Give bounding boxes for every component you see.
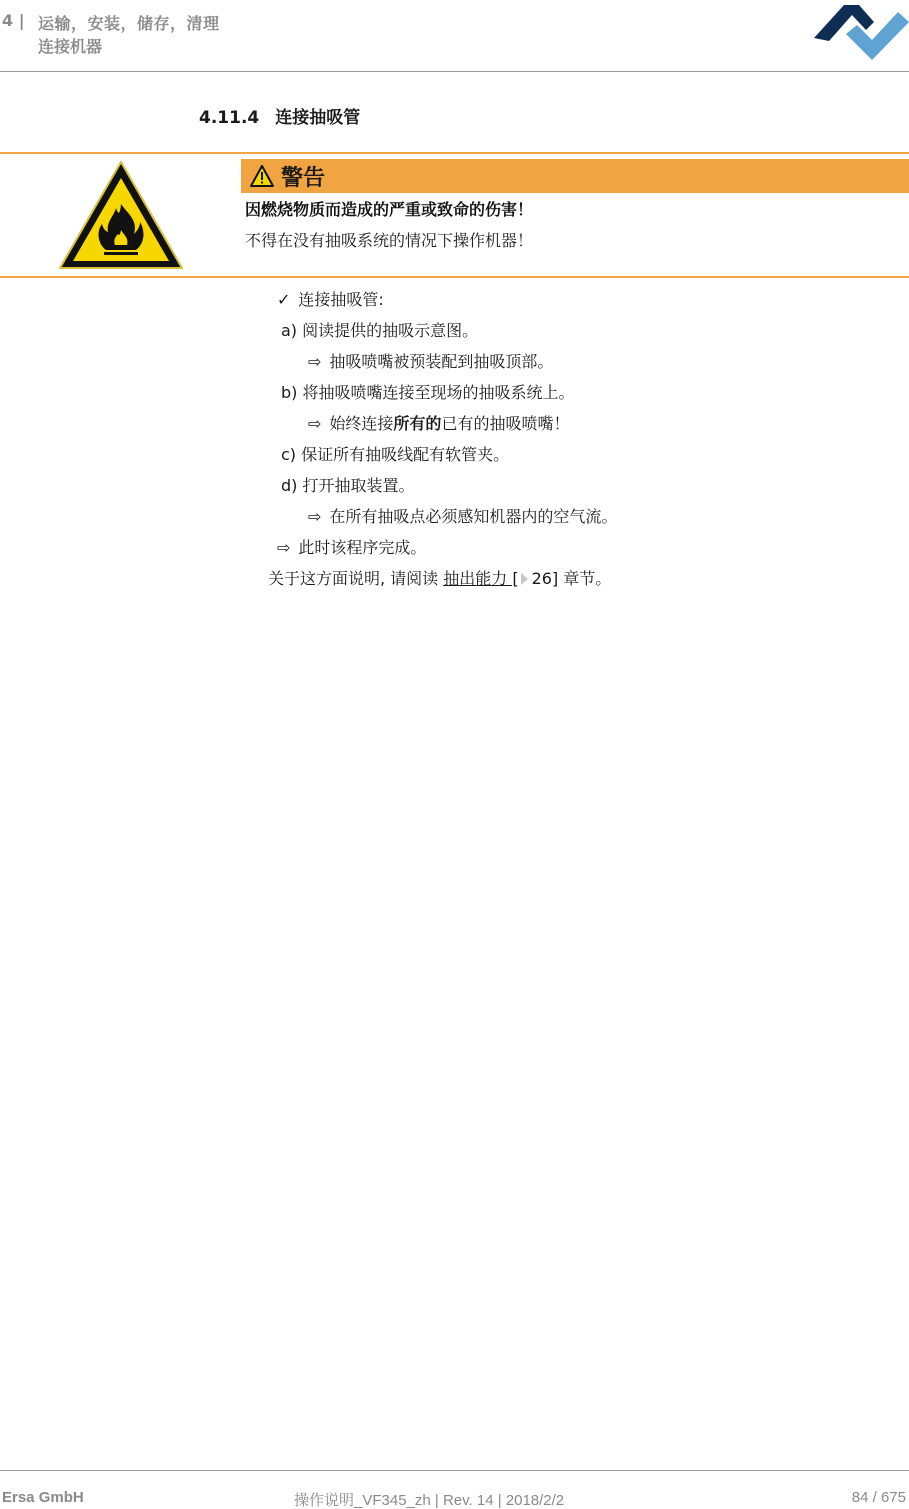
chapter-title: 运输，安装，储存，清理 [38, 11, 220, 34]
footer-company: Ersa GmbH [2, 1489, 84, 1506]
page-reference: 26] [532, 569, 559, 588]
result-arrow-icon: ⇨ [277, 538, 290, 557]
warning-banner: 警告 [241, 159, 909, 193]
chapter-link[interactable]: 抽出能力 [ [443, 569, 518, 588]
section-title: 连接抽吸管 [275, 108, 360, 128]
step-d: d) 打开抽取装置。 [281, 473, 415, 496]
header-divider [0, 71, 909, 72]
chapter-number: 4 | [2, 11, 25, 30]
chapter-subtitle: 连接机器 [38, 34, 102, 57]
warning-bottom-rule [0, 276, 909, 278]
flammable-warning-icon [58, 160, 184, 270]
footer-divider [0, 1470, 909, 1471]
checkmark-icon: ✓ [277, 290, 290, 309]
cross-reference: 关于这方面说明, 请阅读 抽出能力 [26] 章节。 [268, 566, 611, 589]
warning-headline: 因燃烧物质而造成的严重或致命的伤害！ [245, 197, 533, 220]
section-heading: 4.11.4连接抽吸管 [199, 103, 360, 128]
step-a: a) 阅读提供的抽吸示意图。 [281, 318, 478, 341]
section-number: 4.11.4 [199, 108, 259, 128]
warning-top-rule [0, 152, 909, 154]
result-arrow-icon: ⇨ [308, 507, 321, 526]
precondition: ✓连接抽吸管: [277, 287, 384, 310]
footer-page-number: 84 / 675 [852, 1489, 906, 1506]
page-arrow-icon [521, 573, 528, 585]
step-d-result: ⇨在所有抽吸点必须感知机器内的空气流。 [308, 504, 617, 527]
step-c: c) 保证所有抽吸线配有软管夹。 [281, 442, 509, 465]
step-b-result: ⇨始终连接所有的已有的抽吸喷嘴！ [308, 411, 569, 434]
warning-triangle-icon [250, 165, 274, 187]
footer-document-info: 操作说明_VF345_zh | Rev. 14 | 2018/2/2 [294, 1489, 564, 1509]
page-header: 4 | 运输，安装，储存，清理 连接机器 [0, 0, 909, 72]
warning-body: 不得在没有抽吸系统的情况下操作机器！ [245, 228, 533, 251]
ersa-logo-icon [812, 0, 909, 62]
result-arrow-icon: ⇨ [308, 352, 321, 371]
final-result: ⇨此时该程序完成。 [277, 535, 426, 558]
step-b: b) 将抽吸喷嘴连接至现场的抽吸系统上。 [281, 380, 575, 403]
warning-label: 警告 [281, 161, 325, 192]
step-a-result: ⇨抽吸喷嘴被预装配到抽吸顶部。 [308, 349, 553, 372]
result-arrow-icon: ⇨ [308, 414, 321, 433]
